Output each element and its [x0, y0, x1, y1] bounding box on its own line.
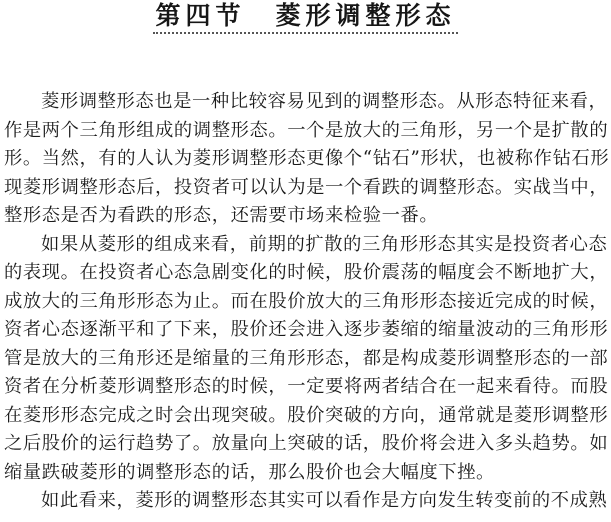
paragraph-1-line-1: 菱形调整形态也是一种比较容易见到的调整形态。从形态特征来看，可以看: [4, 88, 608, 117]
section-number: 第四节: [155, 1, 245, 30]
paragraph-2-line-2: 的表现。在投资者心态急剧变化的时候，股价震荡的幅度会不断地扩大，直到形: [4, 259, 608, 288]
paragraph-2-line-3: 成放大的三角形形态为止。而在股价放大的三角形形态接近完成的时候，由于投: [4, 288, 608, 317]
paragraph-2-line-8: 之后股价的运行趋势了。放量向上突破的话，股价将会进入多头趋势。如果股价: [4, 430, 608, 459]
section-header: 第四节菱形调整形态: [0, 0, 611, 34]
body-text: 菱形调整形态也是一种比较容易见到的调整形态。从形态特征来看，可以看 作是两个三角…: [4, 88, 608, 516]
paragraph-2-line-6: 资者在分析菱形调整形态的时候，一定要将两者结合在一起来看待。而股价真正: [4, 373, 608, 402]
paragraph-2-line-9: 缩量跌破菱形的调整形态的话，那么股价也会大幅度下挫。: [4, 459, 608, 488]
paragraph-2-line-1: 如果从菱形的组成来看，前期的扩散的三角形形态其实是投资者心态不稳定: [4, 231, 608, 260]
paragraph-1-line-4: 现菱形调整形态后，投资者可以认为是一个看跌的调整形态。实战当中，菱形调: [4, 174, 608, 203]
paragraph-2-line-4: 资者心态逐渐平和了下来，股价还会进入逐步萎缩的缩量波动的三角形形态。不: [4, 316, 608, 345]
paragraph-2-line-7: 在菱形形态完成之时会出现突破。股价突破的方向，通常就是菱形调整形态完成: [4, 402, 608, 431]
section-title: 第四节菱形调整形态: [153, 2, 457, 34]
paragraph-3-line-1: 如此看来，菱形的调整形态其实可以看作是方向发生转变前的不成熟的形: [4, 487, 608, 516]
section-title-text: 菱形调整形态: [276, 1, 456, 30]
paragraph-2-line-5: 管是放大的三角形还是缩量的三角形形态，都是构成菱形调整形态的一部分。投: [4, 345, 608, 374]
paragraph-1-line-2: 作是两个三角形组成的调整形态。一个是放大的三角形，另一个是扩散的三角: [4, 117, 608, 146]
paragraph-1-line-3: 形。当然，有的人认为菱形调整形态更像个“钻石”形状，也被称作钻石形。出: [4, 145, 608, 174]
paragraph-1-line-5: 整形态是否为看跌的形态，还需要市场来检验一番。: [4, 202, 608, 231]
